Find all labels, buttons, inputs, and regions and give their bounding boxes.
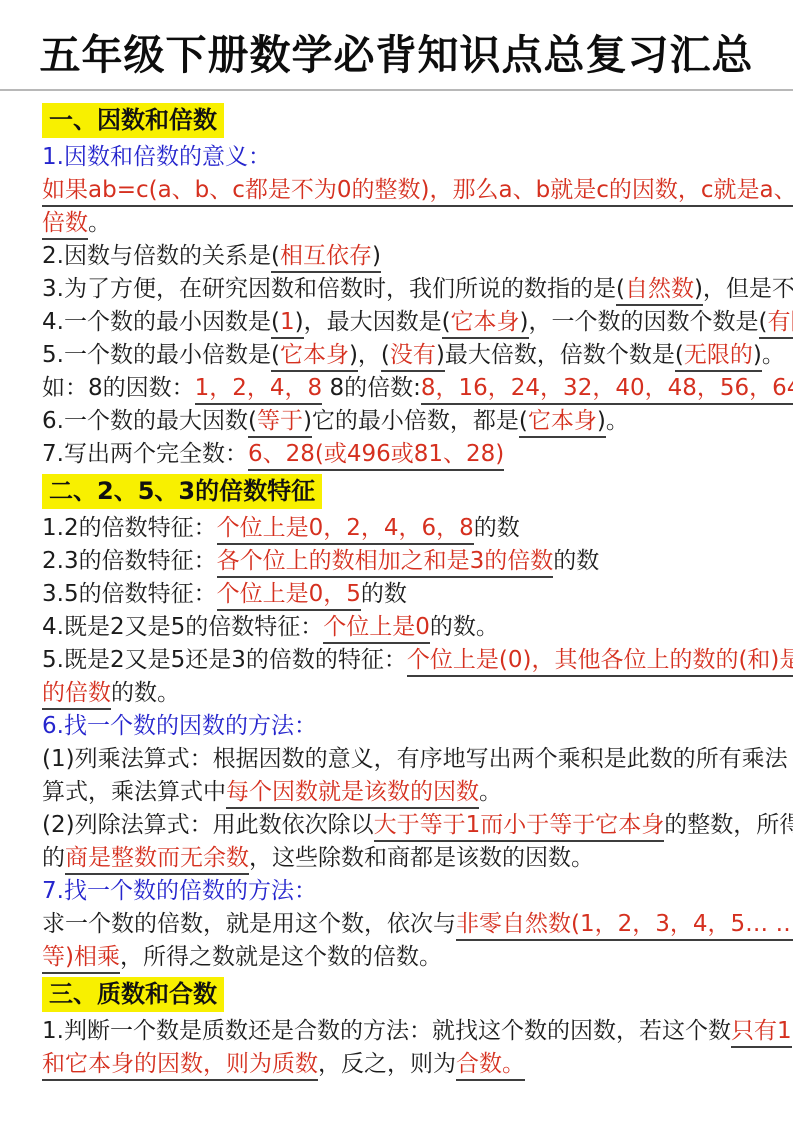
text-segment: ，这些除数和商都是该数的因数。	[249, 845, 594, 871]
text-line: 如：8的因数：1，2，4，8 8的倍数:8，16，24，32，40，48，56，…	[42, 372, 757, 405]
page-title: 五年级下册数学必背知识点总复习汇总	[0, 0, 793, 89]
text-segment: 合数。	[456, 1051, 525, 1081]
text-segment: 7.找一个数的倍数的方法：	[42, 878, 317, 904]
text-line: 6.找一个数的因数的方法：	[42, 710, 757, 743]
text-segment: )	[520, 309, 529, 339]
section-heading-row: 一、因数和倍数	[42, 103, 757, 139]
text-segment: 4.既是2又是5的倍数特征：	[42, 614, 323, 640]
text-segment: 个位上是0	[323, 614, 430, 644]
text-segment: 6.一个数的最大因数	[42, 408, 248, 434]
text-segment: 。	[606, 408, 629, 434]
text-line: 倍数。	[42, 207, 757, 240]
text-segment: 它本身	[528, 408, 597, 438]
text-line: 1.因数和倍数的意义：	[42, 141, 757, 174]
text-segment: 。	[762, 342, 785, 368]
text-segment: )	[694, 276, 703, 306]
text-line: 7.找一个数的倍数的方法：	[42, 875, 757, 908]
section-heading: 一、因数和倍数	[42, 103, 224, 138]
section-heading: 二、2、5、3的倍数特征	[42, 474, 322, 509]
text-segment: 个位上是(0)，其他各位上的数的(和)是(3)	[407, 647, 793, 677]
text-segment: 个位上是0，2，4，6，8	[217, 515, 474, 545]
text-segment: 1	[280, 309, 295, 339]
text-segment: 1.判断一个数是质数还是合数的方法：就找这个数的因数，若这个数	[42, 1018, 731, 1044]
text-segment: (	[759, 309, 768, 339]
text-segment: 非零自然数(1，2，3，4，5… …	[456, 911, 793, 941]
text-line: 等)相乘，所得之数就是这个数的倍数。	[42, 941, 757, 974]
text-segment: (	[248, 408, 257, 438]
text-segment: 等于	[257, 408, 303, 438]
text-segment: (	[442, 309, 451, 339]
section-heading: 三、质数和合数	[42, 977, 224, 1012]
text-segment: 的整数，所得	[664, 812, 793, 838]
text-segment: 有限的	[768, 309, 793, 339]
text-line: 求一个数的倍数，就是用这个数，依次与非零自然数(1，2，3，4，5… …	[42, 908, 757, 941]
text-segment: 大于等于1而小于等于它本身	[374, 812, 665, 842]
text-segment: 。	[479, 779, 502, 805]
text-segment: (2)列除法算式：用此数依次除以	[42, 812, 374, 838]
text-line: 1.判断一个数是质数还是合数的方法：就找这个数的因数，若这个数只有1	[42, 1015, 757, 1048]
text-line: (2)列除法算式：用此数依次除以大于等于1而小于等于它本身的整数，所得	[42, 809, 757, 842]
text-segment: (	[271, 309, 280, 339]
text-line: 算式，乘法算式中每个因数就是该数的因数。	[42, 776, 757, 809]
text-line: 的倍数的数。	[42, 677, 757, 710]
text-line: 3.为了方便，在研究因数和倍数时，我们所说的数指的是(自然数)，但是不包括(0)	[42, 273, 757, 306]
text-segment: 8，16，24，32，40，48，56，64	[421, 375, 793, 405]
text-segment: )	[436, 342, 445, 372]
text-segment: )	[372, 243, 381, 273]
text-segment: 等)相乘	[42, 944, 120, 974]
text-segment: 的数	[361, 581, 407, 607]
text-segment: ，一个数的因数个数是	[529, 309, 759, 335]
text-line: 2.因数与倍数的关系是(相互依存)	[42, 240, 757, 273]
text-segment: 1，2，4，8	[195, 375, 323, 405]
text-line: 4.既是2又是5的倍数特征：个位上是0的数。	[42, 611, 757, 644]
text-segment: 算式，乘法算式中	[42, 779, 226, 805]
text-segment: (	[271, 243, 280, 273]
text-segment: 1.2的倍数特征：	[42, 515, 217, 541]
text-segment: 8的倍数:	[322, 375, 421, 401]
text-line: 4.一个数的最小因数是(1)，最大因数是(它本身)，一个数的因数个数是(有限的)	[42, 306, 757, 339]
text-segment: 7.写出两个完全数：	[42, 441, 248, 467]
text-segment: 没有	[390, 342, 436, 372]
text-segment: 和它本身的因数，则为质数	[42, 1051, 318, 1081]
text-line: 6.一个数的最大因数(等于)它的最小倍数，都是(它本身)。	[42, 405, 757, 438]
text-segment: ，所得之数就是这个数的倍数。	[120, 944, 442, 970]
text-segment: 。	[88, 210, 111, 236]
text-segment: 每个因数就是该数的因数	[226, 779, 479, 809]
text-segment: ，但是不包括	[703, 276, 793, 302]
text-segment: ，反之，则为	[318, 1051, 456, 1077]
text-segment: 4.一个数的最小因数是	[42, 309, 271, 335]
text-segment: 个位上是0，5	[217, 581, 361, 611]
text-segment: 3.为了方便，在研究因数和倍数时，我们所说的数指的是	[42, 276, 616, 302]
text-segment: 的	[42, 845, 65, 871]
text-segment: 只有1	[731, 1018, 792, 1048]
text-segment: 相互依存	[280, 243, 372, 273]
text-segment: 商是整数而无余数	[65, 845, 249, 875]
text-segment: (	[271, 342, 280, 372]
section-heading-row: 三、质数和合数	[42, 977, 757, 1013]
text-line: (1)列乘法算式：根据因数的意义，有序地写出两个乘积是此数的所有乘法	[42, 743, 757, 776]
text-line: 2.3的倍数特征：各个位上的数相加之和是3的倍数的数	[42, 545, 757, 578]
text-segment: ，	[358, 342, 381, 368]
text-line: 如果ab=c(a、b、c都是不为0的整数)，那么a、b就是c的因数，c就是a、b…	[42, 174, 757, 207]
text-line: 的商是整数而无余数，这些除数和商都是该数的因数。	[42, 842, 757, 875]
text-segment: 的倍数	[42, 680, 111, 710]
text-segment: ，最大因数是	[304, 309, 442, 335]
text-segment: (1)列乘法算式：根据因数的意义，有序地写出两个乘积是此数的所有乘法	[42, 746, 788, 772]
text-segment: 自然数	[625, 276, 694, 306]
text-segment: 各个位上的数相加之和是3的倍数	[217, 548, 554, 578]
text-line: 1.2的倍数特征：个位上是0，2，4，6，8的数	[42, 512, 757, 545]
text-segment: )	[349, 342, 358, 372]
text-segment: 3.5的倍数特征：	[42, 581, 217, 607]
section-heading-row: 二、2、5、3的倍数特征	[42, 474, 757, 510]
text-segment: )	[295, 309, 304, 339]
text-segment: )	[753, 342, 762, 372]
document-lines: 一、因数和倍数1.因数和倍数的意义：如果ab=c(a、b、c都是不为0的整数)，…	[0, 91, 793, 1081]
text-segment: 求一个数的倍数，就是用这个数，依次与	[42, 911, 456, 937]
text-segment: (	[519, 408, 528, 438]
text-segment: 的数。	[430, 614, 499, 640]
text-segment: 无限的	[684, 342, 753, 372]
text-segment: 6.找一个数的因数的方法：	[42, 713, 317, 739]
text-line: 和它本身的因数，则为质数，反之，则为合数。	[42, 1048, 757, 1081]
text-segment: 的数。	[111, 680, 180, 706]
text-segment: 2.3的倍数特征：	[42, 548, 217, 574]
text-segment: (	[616, 276, 625, 306]
text-segment: 倍数	[42, 210, 88, 240]
text-segment: (	[675, 342, 684, 372]
text-segment: 它本身	[280, 342, 349, 372]
text-line: 5.一个数的最小倍数是(它本身)，(没有)最大倍数，倍数个数是(无限的)。	[42, 339, 757, 372]
text-segment: )	[303, 408, 312, 438]
text-line: 7.写出两个完全数：6、28(或496或81、28)	[42, 438, 757, 471]
text-segment: 它本身	[451, 309, 520, 339]
text-segment: 1.因数和倍数的意义：	[42, 144, 271, 170]
text-segment: 如果ab=c(a、b、c都是不为0的整数)，那么a、b就是c的因数，c就是a、b…	[42, 177, 793, 207]
document-page: 五年级下册数学必背知识点总复习汇总 一、因数和倍数1.因数和倍数的意义：如果ab…	[0, 0, 793, 1122]
text-segment: 5.一个数的最小倍数是	[42, 342, 271, 368]
text-segment: 2.因数与倍数的关系是	[42, 243, 271, 269]
text-line: 5.既是2又是5还是3的倍数的特征：个位上是(0)，其他各位上的数的(和)是(3…	[42, 644, 757, 677]
text-line: 3.5的倍数特征：个位上是0，5的数	[42, 578, 757, 611]
text-segment: 的数	[553, 548, 599, 574]
text-segment: 的数	[474, 515, 520, 541]
text-segment: (	[381, 342, 390, 372]
text-segment: 最大倍数，倍数个数是	[445, 342, 675, 368]
text-segment: 6、28(或496或81、28)	[248, 441, 504, 471]
text-segment: )	[597, 408, 606, 438]
text-segment: 5.既是2又是5还是3的倍数的特征：	[42, 647, 407, 673]
text-segment: 如：8的因数：	[42, 375, 195, 401]
text-segment: 它的最小倍数，都是	[312, 408, 519, 434]
